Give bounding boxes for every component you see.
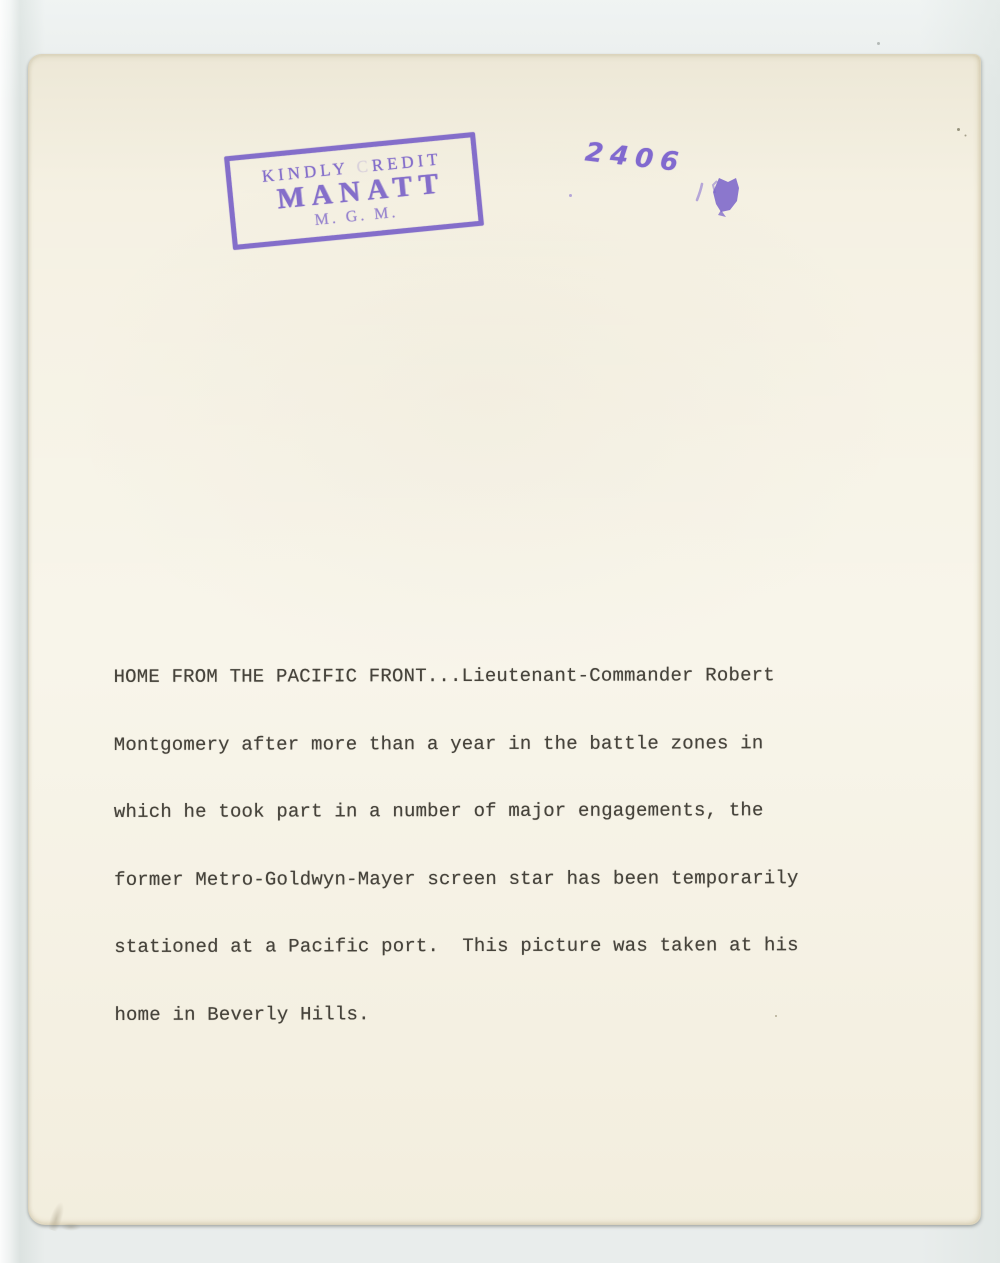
photo-verso-paper: KINDLY CREDIT MANATT M. G. M. 2406 HOME … [28, 54, 981, 1225]
dust-speck [957, 128, 960, 131]
caption-text-block: HOME FROM THE PACIFIC FRONT...Lieutenant… [113, 619, 834, 1071]
edge-stain [61, 1223, 81, 1231]
credit-stamp: KINDLY CREDIT MANATT M. G. M. [224, 132, 484, 250]
caption-line: HOME FROM THE PACIFIC FRONT...Lieutenant… [114, 664, 834, 688]
dust-speck [877, 42, 880, 45]
dust-speck [775, 1015, 777, 1017]
pencil-mark-dot [569, 194, 572, 197]
caption-line: home in Beverly Hills. [114, 1002, 834, 1026]
caption-line: Montgomery after more than a year in the… [114, 732, 834, 756]
caption-line: which he took part in a number of major … [114, 799, 834, 823]
scanner-background: KINDLY CREDIT MANATT M. G. M. 2406 HOME … [0, 0, 1000, 1263]
caption-line: stationed at a Pacific port. This pictur… [114, 934, 834, 958]
caption-line: former Metro-Goldwyn-Mayer screen star h… [114, 867, 834, 891]
ink-blot [693, 171, 745, 221]
handwritten-number: 2406 [584, 137, 687, 178]
